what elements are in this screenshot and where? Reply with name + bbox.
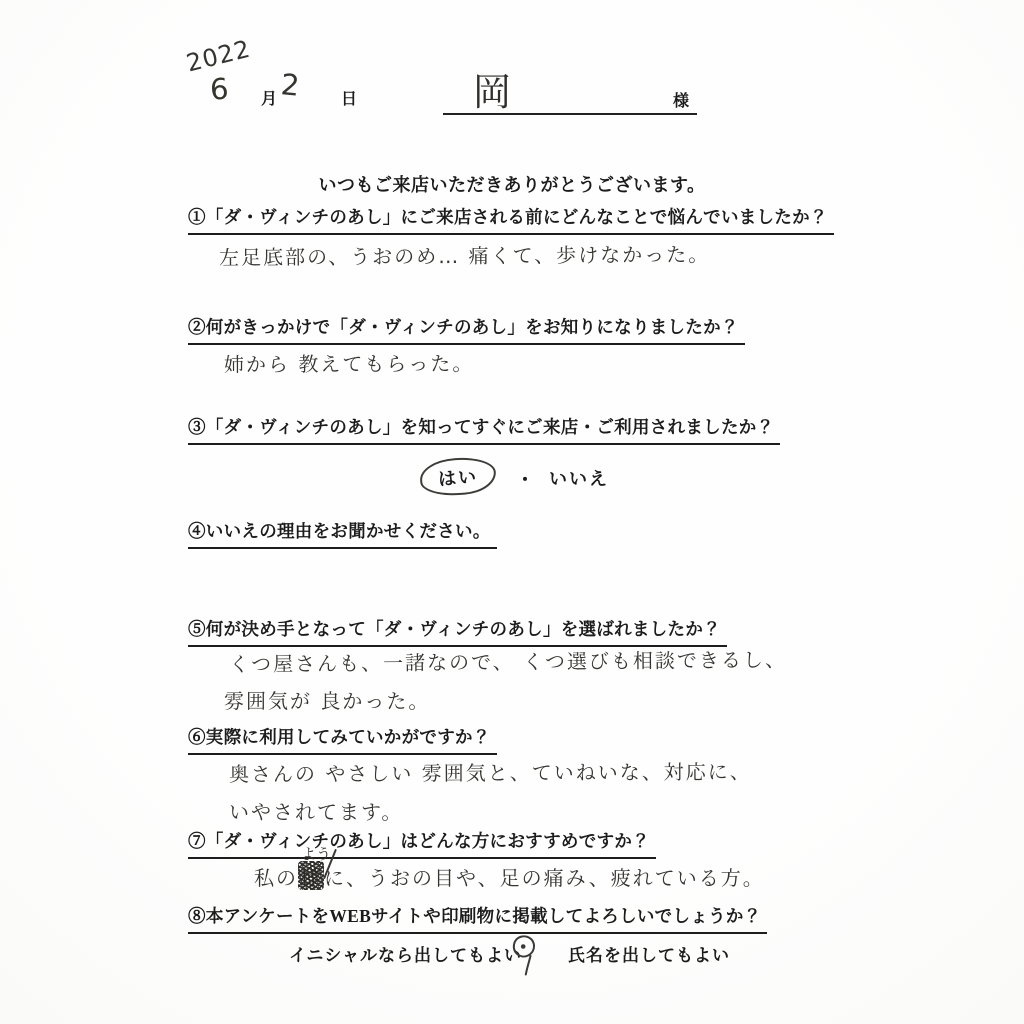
crossed-out-character: 様よう [300, 862, 322, 891]
answer-7-prefix: 私の [254, 866, 298, 890]
date-month-value: 6 [209, 71, 232, 106]
question-7-label: ⑦「ダ・ヴィンチのあし」はどんな方におすすめですか？ [188, 828, 656, 859]
honorific-label: 様 [673, 88, 689, 111]
answer-6-line1: 奥さんの やさしい 雰囲気と、ていねいな、対応に、 [229, 756, 752, 788]
answer-7-text: 私の様ように、うおの目や、足の痛み、疲れている方。 [254, 862, 765, 891]
question-3-label: ③「ダ・ヴィンチのあし」を知ってすぐにご来店・ご利用されましたか？ [188, 414, 780, 445]
publish-option-initial: イニシャルなら出してもよい [289, 941, 522, 966]
question-8-label: ⑧本アンケートをWEBサイトや印刷物に掲載してよろしいでしょうか？ [188, 903, 767, 934]
answer-5-line1: くつ屋さんも、一諸なので、 くつ選びも相談できるし、 [229, 644, 787, 678]
answer-2-text: 姉から 教えてもらった。 [224, 347, 475, 377]
scribble-mark [298, 861, 324, 890]
date-day-value: 2 [280, 67, 303, 103]
publish-option-fullname: 氏名を出してもよい [568, 941, 730, 966]
yes-circle-mark: はい [419, 455, 497, 497]
customer-name: 岡 [473, 61, 511, 116]
correction-text: よう [301, 843, 331, 864]
yes-option: はい [437, 462, 479, 491]
answer-1-text: 左足底部の、うおのめ… 痛くて、歩けなかった。 [219, 238, 710, 270]
answer-5-line2: 雰囲気が 良かった。 [224, 685, 430, 714]
question-5-label: ⑤何が決め手となって「ダ・ヴィンチのあし」を選ばれましたか？ [188, 616, 727, 647]
date-month-label: 月 [261, 86, 277, 109]
customer-name-underline: 岡 様 [443, 58, 697, 115]
option-separator-dot: ・ [516, 466, 534, 492]
circled-dot-mark [508, 931, 544, 981]
answer-6-line2: いやされてます。 [229, 796, 403, 825]
question-2-label: ②何がきっかけで「ダ・ヴィンチのあし」をお知りになりましたか？ [188, 314, 745, 345]
date-day-label: 日 [341, 86, 357, 109]
question-6-label: ⑥実際に利用してみていかがですか？ [188, 724, 497, 755]
question-4-label: ④いいえの理由をお聞かせください。 [188, 518, 497, 549]
answer-7-suffix: に、うおの目や、足の痛み、疲れている方。 [324, 866, 765, 890]
scanned-survey-form: 2022 6 月 2 日 岡 様 いつもご来店いただきありがとうございます。 ①… [0, 0, 1024, 1024]
question-1-label: ①「ダ・ヴィンチのあし」にご来店される前にどんなことで悩んでいましたか？ [188, 204, 834, 235]
greeting-text: いつもご来店いただきありがとうございます。 [0, 171, 1024, 197]
no-option: いいえ [549, 465, 609, 491]
